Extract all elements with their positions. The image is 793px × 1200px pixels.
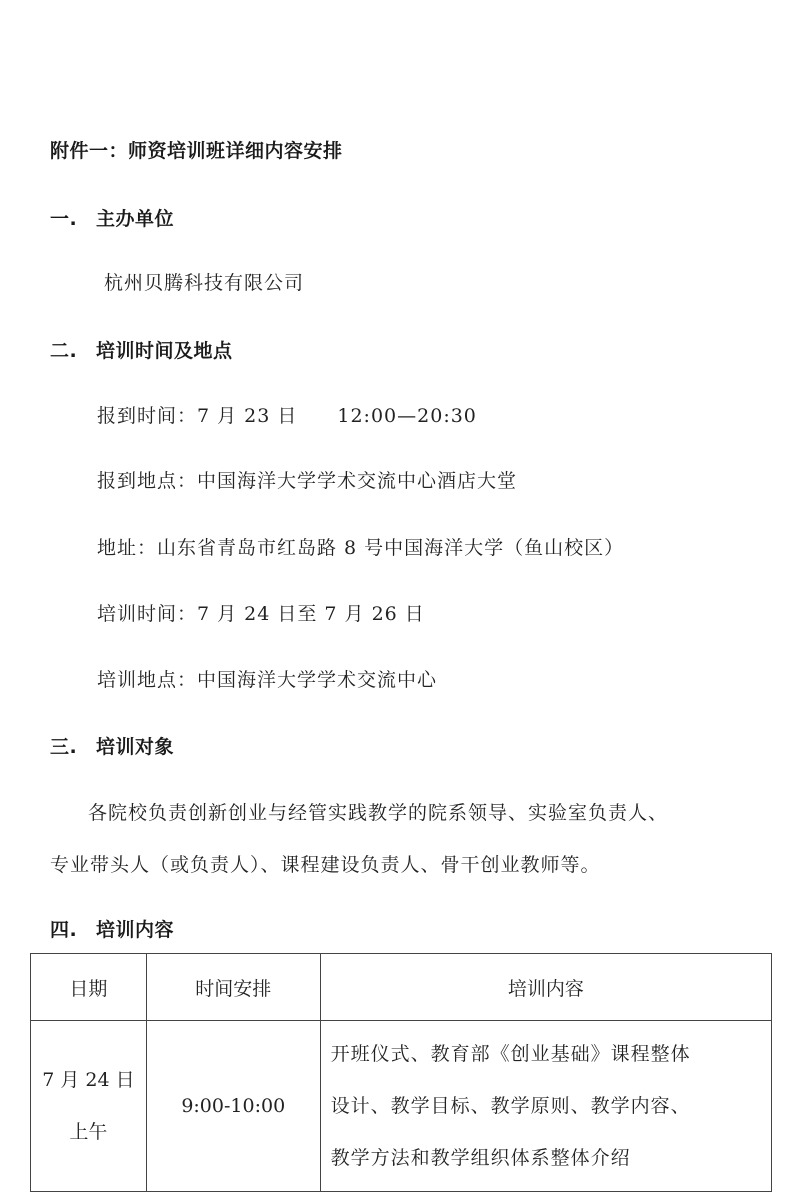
schedule-table: 日期 时间安排 培训内容 7 月 24 日 上午 9:00-10:00 开班仪式… [30, 953, 772, 1192]
content-line: 开班仪式、教育部《创业基础》课程整体 [331, 1028, 765, 1080]
registration-location: 报到地点：中国海洋大学学术交流中心酒店大堂 [97, 466, 517, 493]
section-title: 培训时间及地点 [96, 340, 233, 362]
header-time: 时间安排 [146, 954, 320, 1021]
organizer-name: 杭州贝腾科技有限公司 [104, 268, 304, 295]
table-row: 7 月 24 日 上午 9:00-10:00 开班仪式、教育部《创业基础》课程整… [31, 1021, 772, 1192]
date-period: 上午 [31, 1106, 146, 1158]
header-date: 日期 [31, 954, 147, 1021]
content-line: 设计、教学目标、教学原则、教学内容、 [331, 1080, 765, 1132]
date-value: 7 月 24 日 [31, 1054, 146, 1106]
audience-line-2: 专业带头人（或负责人）、课程建设负责人、骨干创业教师等。 [50, 850, 601, 877]
section-number: 三. [50, 732, 96, 759]
header-content: 培训内容 [320, 954, 771, 1021]
section-number: 二. [50, 336, 96, 363]
section-number: 一. [50, 204, 96, 231]
section-heading-time-location: 二.培训时间及地点 [50, 336, 233, 363]
table-header-row: 日期 时间安排 培训内容 [31, 954, 772, 1021]
training-time: 培训时间：7 月 24 日至 7 月 26 日 [97, 599, 425, 626]
document-title: 附件一：师资培训班详细内容安排 [50, 136, 343, 163]
section-title: 培训内容 [96, 919, 174, 941]
registration-time: 报到时间：7 月 23 日 12:00—20:30 [97, 401, 477, 428]
section-title: 主办单位 [96, 208, 174, 230]
section-number: 四. [50, 915, 96, 942]
training-location: 培训地点：中国海洋大学学术交流中心 [97, 665, 437, 692]
cell-time: 9:00-10:00 [146, 1021, 320, 1192]
cell-content: 开班仪式、教育部《创业基础》课程整体 设计、教学目标、教学原则、教学内容、 教学… [320, 1021, 771, 1192]
address: 地址：山东省青岛市红岛路 8 号中国海洋大学（鱼山校区） [97, 533, 624, 560]
section-heading-audience: 三.培训对象 [50, 732, 174, 759]
cell-date: 7 月 24 日 上午 [31, 1021, 147, 1192]
section-heading-content: 四.培训内容 [50, 915, 174, 942]
section-heading-organizer: 一.主办单位 [50, 204, 174, 231]
audience-line-1: 各院校负责创新创业与经管实践教学的院系领导、实验室负责人、 [88, 798, 668, 825]
section-title: 培训对象 [96, 736, 174, 758]
content-line: 教学方法和教学组织体系整体介绍 [331, 1132, 765, 1184]
